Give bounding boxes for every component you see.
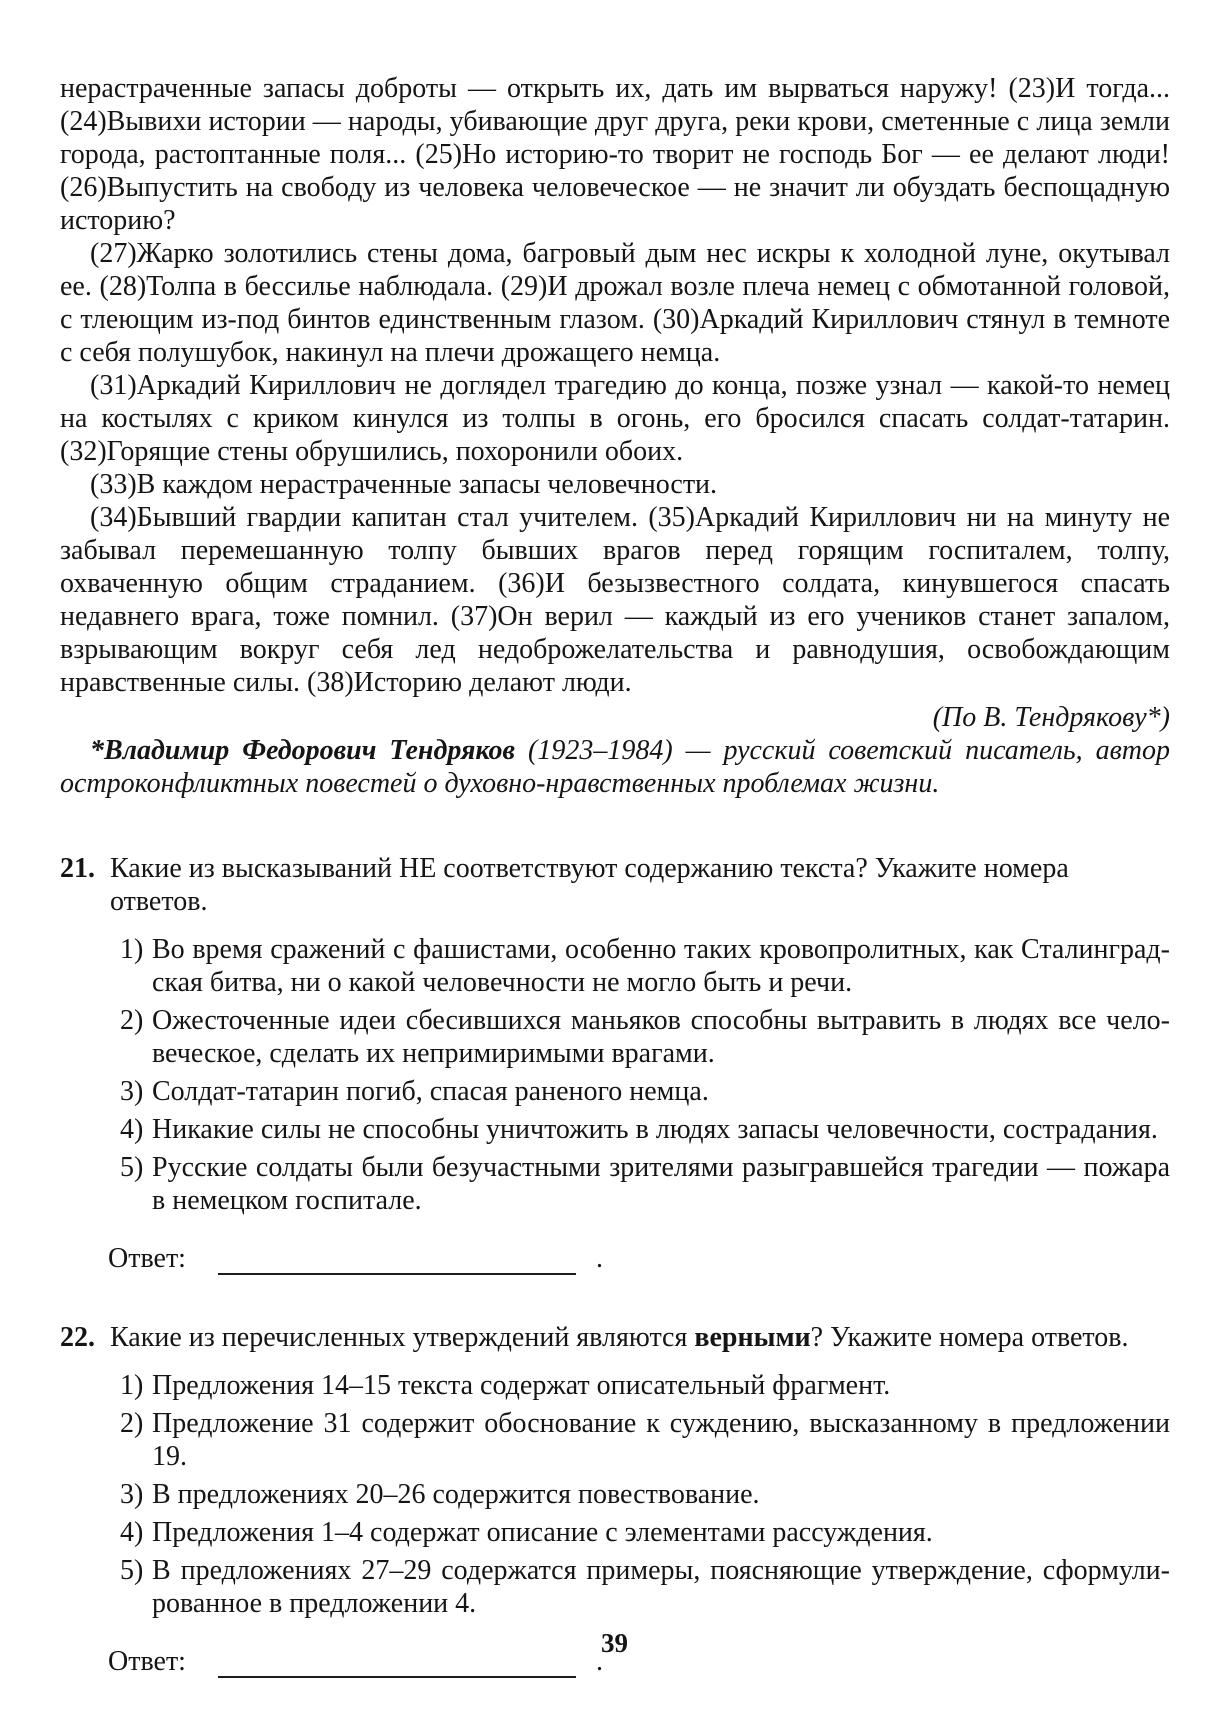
option-text: В предложениях 20–26 содержится повество… <box>152 1478 1170 1511</box>
question-21-number: 21. <box>60 852 110 918</box>
answer-option: 2) Ожесточенные идеи сбесившихся маньяко… <box>120 1004 1170 1070</box>
option-number: 2) <box>120 1407 152 1473</box>
option-number: 1) <box>120 1369 152 1402</box>
question-22-options: 1) Предложения 14–15 текста содержат опи… <box>60 1369 1170 1620</box>
option-text: Русские солдаты были безучастными зрител… <box>152 1151 1170 1217</box>
passage-attribution: (По В. Тендрякову*) <box>60 701 1170 734</box>
option-text: Ожесточенные идеи сбесившихся маньяков с… <box>152 1004 1170 1070</box>
passage-paragraph-3: (31)Аркадий Кириллович не доглядел траге… <box>60 369 1170 468</box>
option-text: Предложение 31 содержит обоснование к су… <box>152 1407 1170 1473</box>
question-21: 21. Какие из высказываний НЕ соответству… <box>60 852 1170 1275</box>
answer-option: 3) Солдат-татарин погиб, спасая раненого… <box>120 1075 1170 1108</box>
question-22-number: 22. <box>60 1321 110 1354</box>
option-number: 5) <box>120 1554 152 1620</box>
option-text: Предложения 14–15 текста содержат описат… <box>152 1369 1170 1402</box>
question-22-head: 22. Какие из перечисленных утверждений я… <box>60 1321 1170 1354</box>
question-21-options: 1) Во время сражений с фашистами, особен… <box>60 933 1170 1217</box>
document-page: нерастраченные запасы доброты — открыть … <box>0 0 1229 1712</box>
option-number: 3) <box>120 1075 152 1108</box>
author-name: *Владимир Федорович Тендряков <box>90 735 515 766</box>
passage-paragraph-2: (27)Жарко золотились стены дома, багровы… <box>60 237 1170 369</box>
answer-option: 4) Предложения 1–4 содержат описание с э… <box>120 1516 1170 1549</box>
option-text: Во время сражений с фашистами, особенно … <box>152 933 1170 999</box>
passage-paragraph-1: нерастраченные запасы доброты — открыть … <box>60 72 1170 237</box>
option-text: В предложениях 27–29 содержатся примеры,… <box>152 1554 1170 1620</box>
question-21-head: 21. Какие из высказываний НЕ соответству… <box>60 852 1170 918</box>
question-22: 22. Какие из перечисленных утверждений я… <box>60 1321 1170 1678</box>
prompt-bold-word: верными <box>694 1322 810 1353</box>
reading-passage: нерастраченные запасы доброты — открыть … <box>60 72 1170 800</box>
option-text: Предложения 1–4 содержат описание с элем… <box>152 1516 1170 1549</box>
passage-paragraph-5: (34)Бывший гвардии капитан стал учителем… <box>60 501 1170 699</box>
option-number: 2) <box>120 1004 152 1070</box>
question-22-prompt: Какие из перечисленных утверждений являю… <box>110 1321 1170 1354</box>
option-text: Солдат-татарин погиб, спасая раненого не… <box>152 1075 1170 1108</box>
question-21-prompt: Какие из высказываний НЕ соответствуют с… <box>110 852 1170 918</box>
answer-label: Ответ: <box>108 1243 186 1274</box>
answer-option: 5) Русские солдаты были безучастными зри… <box>120 1151 1170 1217</box>
author-footnote: *Владимир Федорович Тендряков (1923–1984… <box>60 734 1170 800</box>
answer-option: 1) Во время сражений с фашистами, особен… <box>120 933 1170 999</box>
answer-option: 5) В предложениях 27–29 содержатся приме… <box>120 1554 1170 1620</box>
answer-option: 1) Предложения 14–15 текста содержат опи… <box>120 1369 1170 1402</box>
option-text: Никакие силы не способны уничтожить в лю… <box>152 1113 1170 1146</box>
answer-period: . <box>596 1243 603 1274</box>
passage-paragraph-4: (33)В каждом нерастраченные запасы челов… <box>60 468 1170 501</box>
answer-option: 4) Никакие силы не способны уничтожить в… <box>120 1113 1170 1146</box>
option-number: 4) <box>120 1516 152 1549</box>
question-21-answer-row: Ответ:. <box>60 1242 1170 1275</box>
option-number: 5) <box>120 1151 152 1217</box>
answer-blank-field[interactable] <box>218 1247 576 1275</box>
option-number: 1) <box>120 933 152 999</box>
answer-option: 3) В предложениях 20–26 содержится повес… <box>120 1478 1170 1511</box>
answer-option: 2) Предложение 31 содержит обоснование к… <box>120 1407 1170 1473</box>
option-number: 3) <box>120 1478 152 1511</box>
option-number: 4) <box>120 1113 152 1146</box>
page-number: 39 <box>0 1627 1229 1660</box>
